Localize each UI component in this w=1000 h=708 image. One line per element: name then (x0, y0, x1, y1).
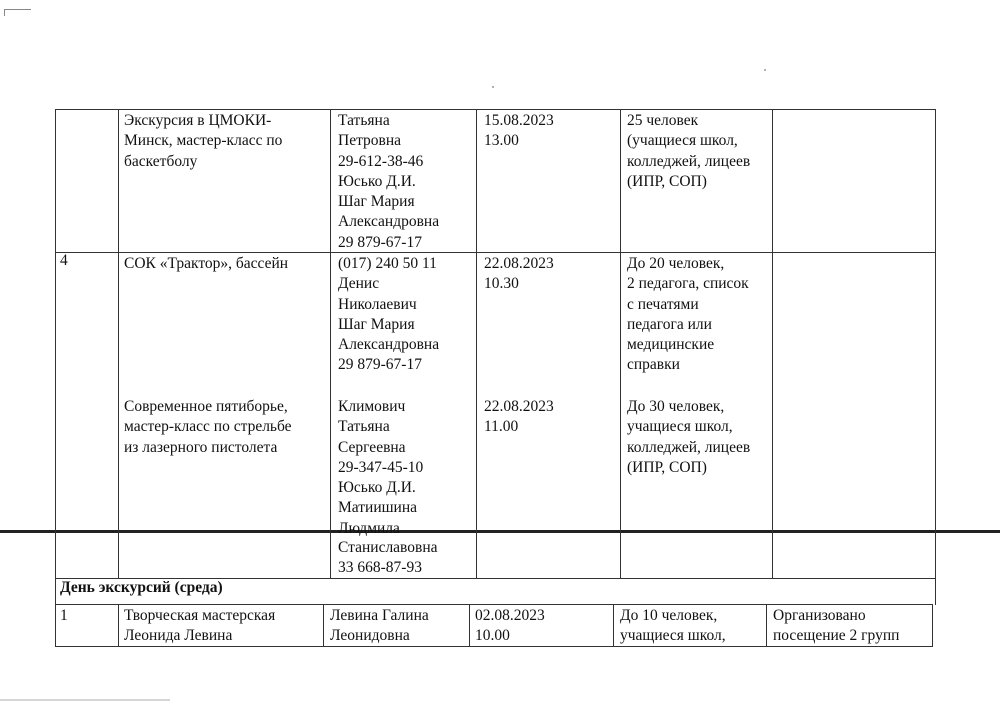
cell-contacts: Татьяна Петровна 29-612-38-46 Юсько Д.И.… (338, 111, 439, 253)
cell-datetime: 15.08.2023 13.00 (484, 111, 554, 152)
table-border-top (55, 109, 936, 110)
cell-note: Организовано посещение 2 групп (773, 606, 899, 647)
col-divider (55, 109, 56, 647)
col-divider (613, 604, 614, 646)
cell-event: Современное пятиборье, мастер-класс по с… (124, 397, 292, 458)
scan-artifact-stripe (0, 699, 170, 701)
cell-contacts: (017) 240 50 11 Денис Николаевич Шаг Мар… (338, 254, 439, 376)
scan-speck (492, 86, 494, 88)
cell-datetime: 02.08.2023 10.00 (475, 606, 545, 647)
page-break-line (0, 530, 1000, 533)
section-heading: День экскурсий (среда) (60, 578, 223, 598)
cell-number: 1 (60, 606, 68, 626)
table-border-right (935, 109, 936, 605)
col-divider (469, 604, 470, 646)
cell-datetime: 22.08.2023 10.30 (484, 254, 554, 295)
cell-participants: 25 человек (учащиеся школ, колледжей, ли… (627, 111, 750, 192)
row-divider (55, 604, 933, 605)
col-divider (118, 109, 119, 579)
col-divider (772, 109, 773, 579)
col-divider (118, 604, 119, 646)
cell-contacts: Левина Галина Леонидовна (330, 606, 429, 647)
cell-number: 4 (60, 251, 68, 271)
col-divider (620, 109, 621, 579)
cell-datetime: 22.08.2023 11.00 (484, 397, 554, 438)
table-border-right (932, 604, 933, 646)
col-divider (476, 109, 477, 579)
col-divider (323, 604, 324, 646)
cell-event: Экскурсия в ЦМОКИ- Минск, мастер-класс п… (124, 111, 282, 172)
cell-participants: До 30 человек, учащиеся школ, колледжей,… (627, 397, 750, 478)
row-divider (55, 252, 936, 253)
scan-corner-mark (4, 9, 31, 16)
col-divider (330, 109, 331, 579)
cell-event: Творческая мастерская Леонида Левина (124, 606, 275, 647)
col-divider (766, 604, 767, 646)
scan-speck (764, 69, 766, 71)
cell-participants: До 20 человек, 2 педагога, список с печа… (627, 254, 749, 376)
cell-event: СОК «Трактор», бассейн (124, 254, 288, 274)
cell-participants: До 10 человек, учащиеся школ, (620, 606, 726, 647)
cell-contacts: Климович Татьяна Сергеевна 29-347-45-10 … (338, 397, 423, 539)
cell-contacts-continued: Станиславовна 33 668-87-93 (338, 538, 438, 579)
